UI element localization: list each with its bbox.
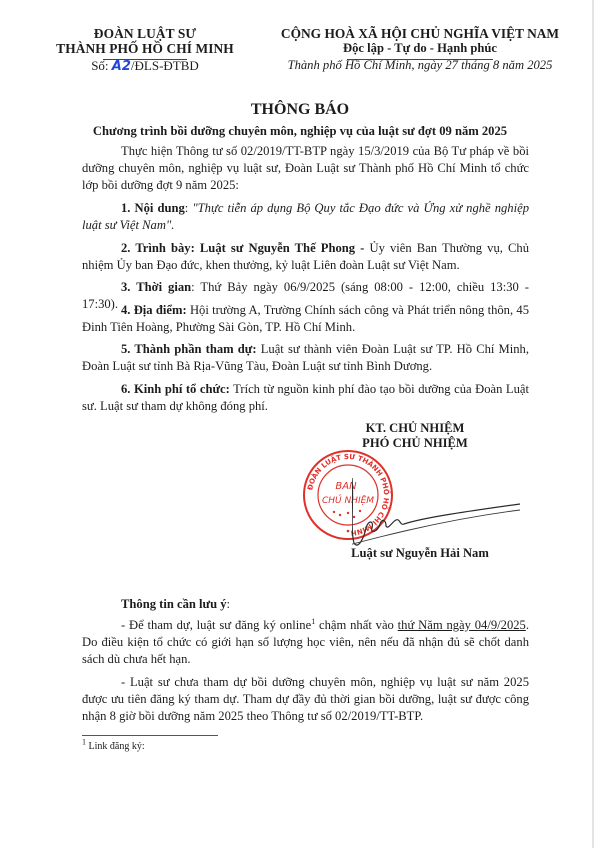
item-label: 5. Thành phần tham dự:: [121, 342, 257, 356]
item-funding: 6. Kinh phí tổ chức: Trích từ nguồn kinh…: [82, 381, 529, 415]
signatory-title-line1: KT. CHỦ NHIỆM: [330, 421, 500, 436]
document-title: THÔNG BÁO: [0, 101, 600, 119]
registration-deadline: thứ Năm ngày 04/9/2025: [398, 618, 526, 632]
org-name-line2: THÀNH PHỐ HỒ CHÍ MINH: [40, 41, 250, 56]
intro-paragraph: Thực hiện Thông tư số 02/2019/TT-BTP ngà…: [82, 143, 529, 194]
org-name-line1: ĐOÀN LUẬT SƯ: [40, 26, 250, 41]
footnote: 1 Link đăng ký:: [82, 741, 145, 752]
signer-name: Luật sư Nguyễn Hải Nam: [340, 546, 500, 561]
handwritten-signature-icon: [352, 468, 552, 558]
notes-heading: Thông tin cần lưu ý:: [82, 596, 529, 613]
item-presenter: 2. Trình bày: Luật sư Nguyễn Thế Phong -…: [82, 240, 529, 274]
doc-number-prefix: Số:: [91, 58, 112, 73]
note-registration: - Để tham dự, luật sư đăng ký online1 ch…: [82, 617, 529, 668]
doc-number-handwritten: A2: [112, 59, 131, 74]
footnote-text: Link đăng ký:: [86, 741, 145, 752]
item-participants: 5. Thành phần tham dự: Luật sư thành viê…: [82, 341, 529, 375]
item-label: 2. Trình bày: Luật sư Nguyễn Thế Phong -: [121, 241, 364, 255]
notes-heading-colon: :: [227, 597, 231, 611]
doc-number-suffix: /ĐLS-ĐTBD: [131, 58, 199, 73]
place-date: Thành phố Hồ Chí Minh, ngày 27 tháng 8 n…: [262, 58, 578, 73]
footnote-divider: [82, 735, 218, 736]
note-priority: - Luật sư chưa tham dự bồi dưỡng chuyên …: [82, 674, 529, 725]
item-label: 3. Thời gian: [121, 280, 191, 294]
national-heading: CỘNG HOÀ XÃ HỘI CHỦ NGHĨA VIỆT NAM Độc l…: [262, 26, 578, 60]
note-text: chậm nhất vào: [315, 618, 397, 632]
item-location: 4. Địa điểm: Hội trường A, Trường Chính …: [82, 302, 529, 336]
country-name: CỘNG HOÀ XÃ HỘI CHỦ NGHĨA VIỆT NAM: [262, 26, 578, 41]
signatory-title: KT. CHỦ NHIỆM PHÓ CHỦ NHIỆM: [330, 421, 500, 451]
issuing-organization: ĐOÀN LUẬT SƯ THÀNH PHỐ HỒ CHÍ MINH: [40, 26, 250, 60]
notes-heading-text: Thông tin cần lưu ý: [121, 597, 227, 611]
note-text: - Để tham dự, luật sư đăng ký online: [121, 618, 311, 632]
item-content: 1. Nội dung: "Thực tiễn áp dụng Bộ Quy t…: [82, 200, 529, 234]
item-label: 6. Kinh phí tổ chức:: [121, 382, 230, 396]
national-motto: Độc lập - Tự do - Hạnh phúc: [262, 41, 578, 56]
document-number: Số: A2/ĐLS-ĐTBD: [40, 58, 250, 74]
item-label: 1. Nội dung: [121, 201, 185, 215]
item-label: 4. Địa điểm:: [121, 303, 187, 317]
document-subtitle: Chương trình bồi dưỡng chuyên môn, nghiệ…: [0, 124, 600, 139]
